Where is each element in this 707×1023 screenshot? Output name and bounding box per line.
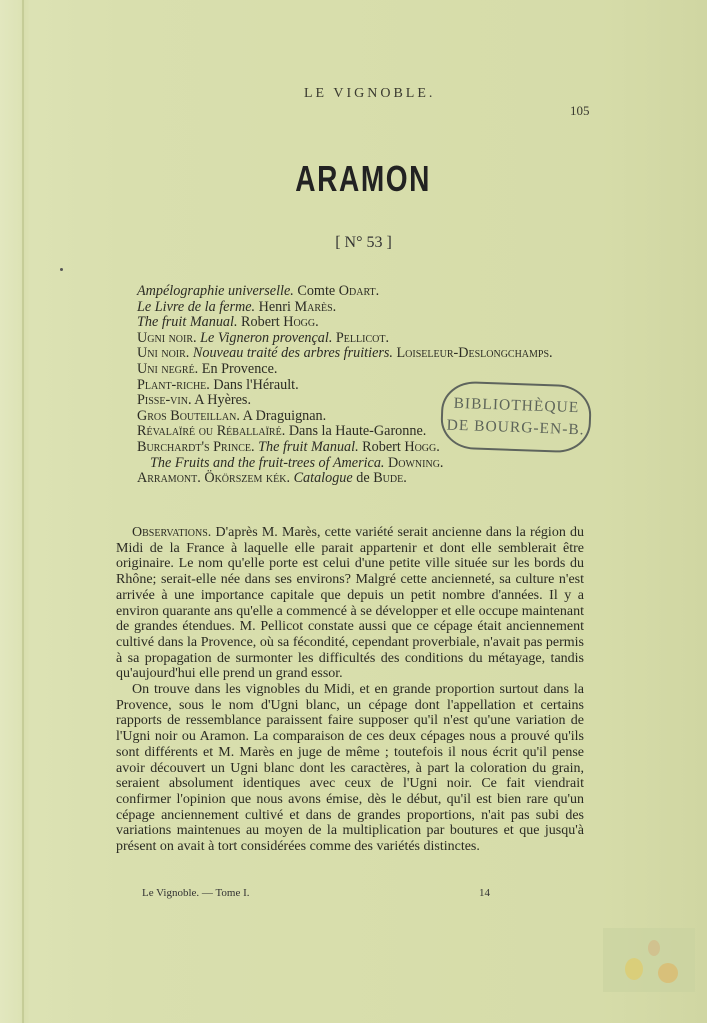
- synonym-line: Uni noir. Nouveau traité des arbres frui…: [137, 346, 597, 362]
- entry-number: [ N° 53 ]: [0, 234, 707, 252]
- page-number: 105: [570, 103, 590, 119]
- synonym-line: Ampélographie universelle. Comte Odart.: [137, 284, 597, 300]
- synonym-line: Uni negré. En Provence.: [137, 362, 597, 378]
- paragraph: Observations. D'après M. Marès, cette va…: [116, 525, 584, 682]
- fruit-icon: [648, 940, 660, 956]
- synonym-line: The Fruits and the fruit-trees of Americ…: [137, 456, 597, 472]
- book-page: LE VIGNOBLE. 105 ARAMON [ N° 53 ] Ampélo…: [0, 0, 707, 1023]
- observations-label: Observations.: [132, 525, 211, 540]
- paragraph: On trouve dans les vignobles du Midi, et…: [116, 682, 584, 855]
- page-gutter: [22, 0, 24, 1023]
- paper-speck: [60, 268, 63, 271]
- observations-section: Observations. D'après M. Marès, cette va…: [116, 525, 584, 855]
- running-head: LE VIGNOBLE.: [304, 86, 435, 102]
- footer-signature: Le Vignoble. — Tome I.: [142, 887, 250, 899]
- library-stamp: BIBLIOTHÈQUE DE BOURG-EN-B.: [440, 380, 592, 453]
- footer-sheet-number: 14: [479, 887, 490, 899]
- entry-title: ARAMON: [80, 158, 631, 200]
- synonym-line: Le Livre de la ferme. Henri Marès.: [137, 300, 597, 316]
- synonym-line: The fruit Manual. Robert Hogg.: [137, 315, 597, 331]
- fruit-icon: [658, 963, 678, 983]
- fruit-icon: [625, 958, 643, 980]
- library-watermark-logo: [603, 928, 695, 992]
- synonym-line: Arramont. Ökörszem kék. Catalogue de Bud…: [137, 471, 597, 487]
- synonym-line: Ugni noir. Le Vigneron provençal. Pellic…: [137, 331, 597, 347]
